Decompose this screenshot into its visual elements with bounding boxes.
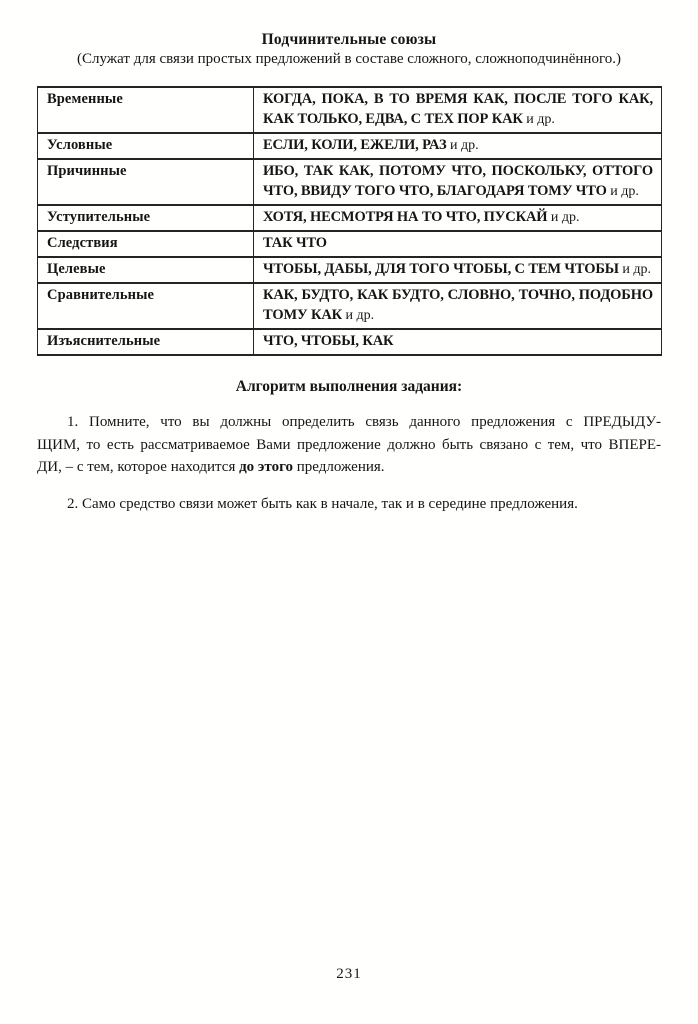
etc-suffix: и др. (446, 138, 478, 153)
etc-suffix: и др. (547, 210, 579, 225)
table-row: Сравнительные КАК, БУДТО, КАК БУДТО, СЛО… (38, 283, 662, 329)
page-subtitle: (Служат для связи простых предложений в … (37, 50, 661, 69)
algorithm-step-1: 1. Помните, что вы должны определить свя… (37, 411, 661, 479)
table-row: Временные КОГДА, ПОКА, В ТО ВРЕМЯ КАК, П… (38, 87, 662, 133)
etc-suffix: и др. (342, 308, 374, 323)
union-list-cell: КАК, БУДТО, КАК БУДТО, СЛОВНО, ТОЧНО, ПО… (254, 283, 662, 329)
union-type-cell: Уступительные (38, 205, 254, 231)
conjunctions-table: Временные КОГДА, ПОКА, В ТО ВРЕМЯ КАК, П… (37, 86, 662, 356)
table-row: Следствия ТАК ЧТО (38, 231, 662, 257)
etc-suffix: и др. (523, 112, 555, 127)
conjunction-list: ИБО, ТАК КАК, ПОТОМУ ЧТО, ПОСКОЛЬКУ, ОТТ… (263, 163, 653, 199)
union-type-cell: Целевые (38, 257, 254, 283)
table-row: Изъяснительные ЧТО, ЧТОБЫ, КАК (38, 329, 662, 355)
step-1-line-1: 1. Помните, что вы должны определить свя… (37, 411, 661, 434)
conjunction-list: ЧТОБЫ, ДАБЫ, ДЛЯ ТОГО ЧТОБЫ, С ТЕМ ЧТОБЫ (263, 261, 619, 277)
table-row: Целевые ЧТОБЫ, ДАБЫ, ДЛЯ ТОГО ЧТОБЫ, С Т… (38, 257, 662, 283)
step-1-line-3-pre: ДИ, – с тем, которое находится (37, 459, 239, 475)
union-type-cell: Сравнительные (38, 283, 254, 329)
etc-suffix: и др. (619, 262, 651, 277)
conjunction-list: ТАК ЧТО (263, 235, 327, 251)
page-content: Подчинительные союзы (Служат для связи п… (37, 30, 661, 515)
union-list-cell: ХОТЯ, НЕСМОТРЯ НА ТО ЧТО, ПУСКАЙ и др. (254, 205, 662, 231)
document-page: Подчинительные союзы (Служат для связи п… (0, 0, 698, 1024)
union-type-cell: Следствия (38, 231, 254, 257)
union-type-cell: Причинные (38, 159, 254, 205)
conjunction-list: ЧТО, ЧТОБЫ, КАК (263, 333, 393, 349)
union-list-cell: КОГДА, ПОКА, В ТО ВРЕМЯ КАК, ПОСЛЕ ТОГО … (254, 87, 662, 133)
table-row: Условные ЕСЛИ, КОЛИ, ЕЖЕЛИ, РАЗ и др. (38, 133, 662, 159)
table-row: Уступительные ХОТЯ, НЕСМОТРЯ НА ТО ЧТО, … (38, 205, 662, 231)
page-title: Подчинительные союзы (37, 30, 661, 49)
step-1-line-2: ЩИМ, то есть рассматриваемое Вами предло… (37, 434, 661, 457)
page-number: 231 (0, 966, 698, 983)
algorithm-step-2: 2. Само средство связи может быть как в … (37, 493, 661, 516)
step-1-line-3-post: предложения. (293, 459, 385, 475)
step-1-line-3: ДИ, – с тем, которое находится до этого … (37, 456, 661, 479)
union-type-cell: Временные (38, 87, 254, 133)
union-list-cell: ИБО, ТАК КАК, ПОТОМУ ЧТО, ПОСКОЛЬКУ, ОТТ… (254, 159, 662, 205)
union-type-cell: Изъяснительные (38, 329, 254, 355)
union-list-cell: ТАК ЧТО (254, 231, 662, 257)
union-list-cell: ЧТО, ЧТОБЫ, КАК (254, 329, 662, 355)
conjunction-list: ЕСЛИ, КОЛИ, ЕЖЕЛИ, РАЗ (263, 137, 446, 153)
conjunction-list: КОГДА, ПОКА, В ТО ВРЕМЯ КАК, ПОСЛЕ ТОГО … (263, 91, 653, 127)
table-row: Причинные ИБО, ТАК КАК, ПОТОМУ ЧТО, ПОСК… (38, 159, 662, 205)
union-list-cell: ЧТОБЫ, ДАБЫ, ДЛЯ ТОГО ЧТОБЫ, С ТЕМ ЧТОБЫ… (254, 257, 662, 283)
conjunction-list: КАК, БУДТО, КАК БУДТО, СЛОВНО, ТОЧНО, ПО… (263, 287, 653, 323)
etc-suffix: и др. (607, 184, 639, 199)
union-type-cell: Условные (38, 133, 254, 159)
step-1-line-3-bold: до этого (239, 459, 293, 475)
union-list-cell: ЕСЛИ, КОЛИ, ЕЖЕЛИ, РАЗ и др. (254, 133, 662, 159)
algorithm-heading: Алгоритм выполнения задания: (37, 377, 661, 396)
conjunction-list: ХОТЯ, НЕСМОТРЯ НА ТО ЧТО, ПУСКАЙ (263, 209, 547, 225)
